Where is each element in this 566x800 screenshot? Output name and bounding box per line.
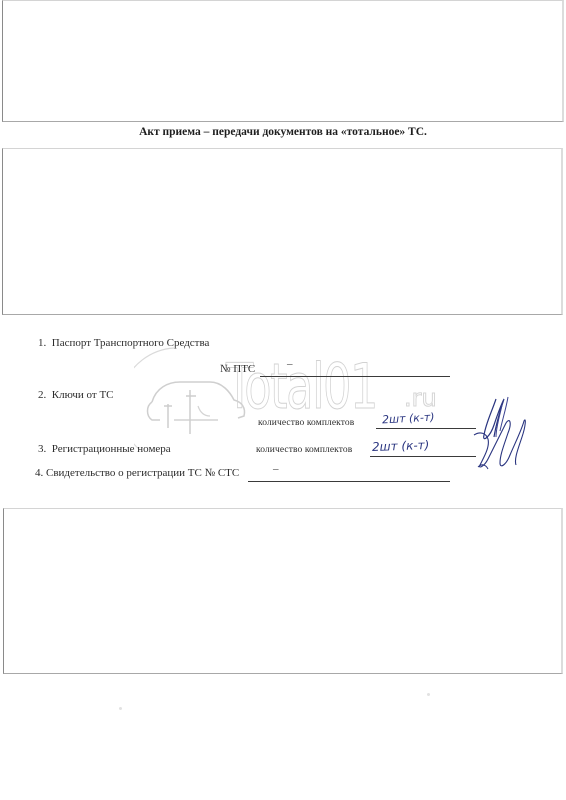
- watermark-suffix: .ru: [404, 384, 437, 412]
- document-title: Акт приема – передачи документов на «тот…: [0, 126, 566, 138]
- keys-qty-underline: [376, 428, 476, 429]
- plates-qty-value[interactable]: 2шт (к-т): [372, 438, 430, 454]
- item-label: Ключи от ТС: [52, 389, 114, 401]
- watermark-text: Total01: [226, 350, 377, 423]
- keys-qty-label: количество комплектов: [258, 418, 354, 428]
- item-label: Паспорт Транспортного Средства: [52, 337, 210, 349]
- item-number: 1.: [38, 337, 46, 349]
- item-number: 3.: [38, 443, 46, 455]
- sts-value[interactable]: –: [273, 463, 279, 475]
- pts-underline: [260, 376, 450, 377]
- item-3: 3. Регистрационные номера: [38, 443, 171, 455]
- handwritten-signature-icon: [466, 393, 532, 473]
- sts-underline: [248, 481, 450, 482]
- redacted-signatures-block: [3, 508, 563, 674]
- item-1: 1. Паспорт Транспортного Средства: [38, 337, 209, 349]
- redacted-header-block: [2, 0, 564, 122]
- item-label: Свидетельство о регистрации ТС № СТС: [46, 467, 239, 479]
- scan-speck: [119, 707, 122, 710]
- item-4: 4. Свидетельство о регистрации ТС № СТС: [35, 467, 239, 479]
- redacted-parties-block: [2, 148, 563, 315]
- pts-value[interactable]: –: [287, 358, 293, 370]
- pts-label: № ПТС: [220, 363, 255, 375]
- item-label: Регистрационные номера: [52, 443, 171, 455]
- scan-speck: [427, 693, 430, 696]
- keys-qty-value[interactable]: 2шт (к-т): [382, 411, 435, 427]
- plates-qty-label: количество комплектов: [256, 445, 352, 455]
- item-number: 4.: [35, 467, 43, 479]
- plates-qty-underline: [370, 456, 476, 457]
- item-number: 2.: [38, 389, 46, 401]
- item-2: 2. Ключи от ТС: [38, 389, 114, 401]
